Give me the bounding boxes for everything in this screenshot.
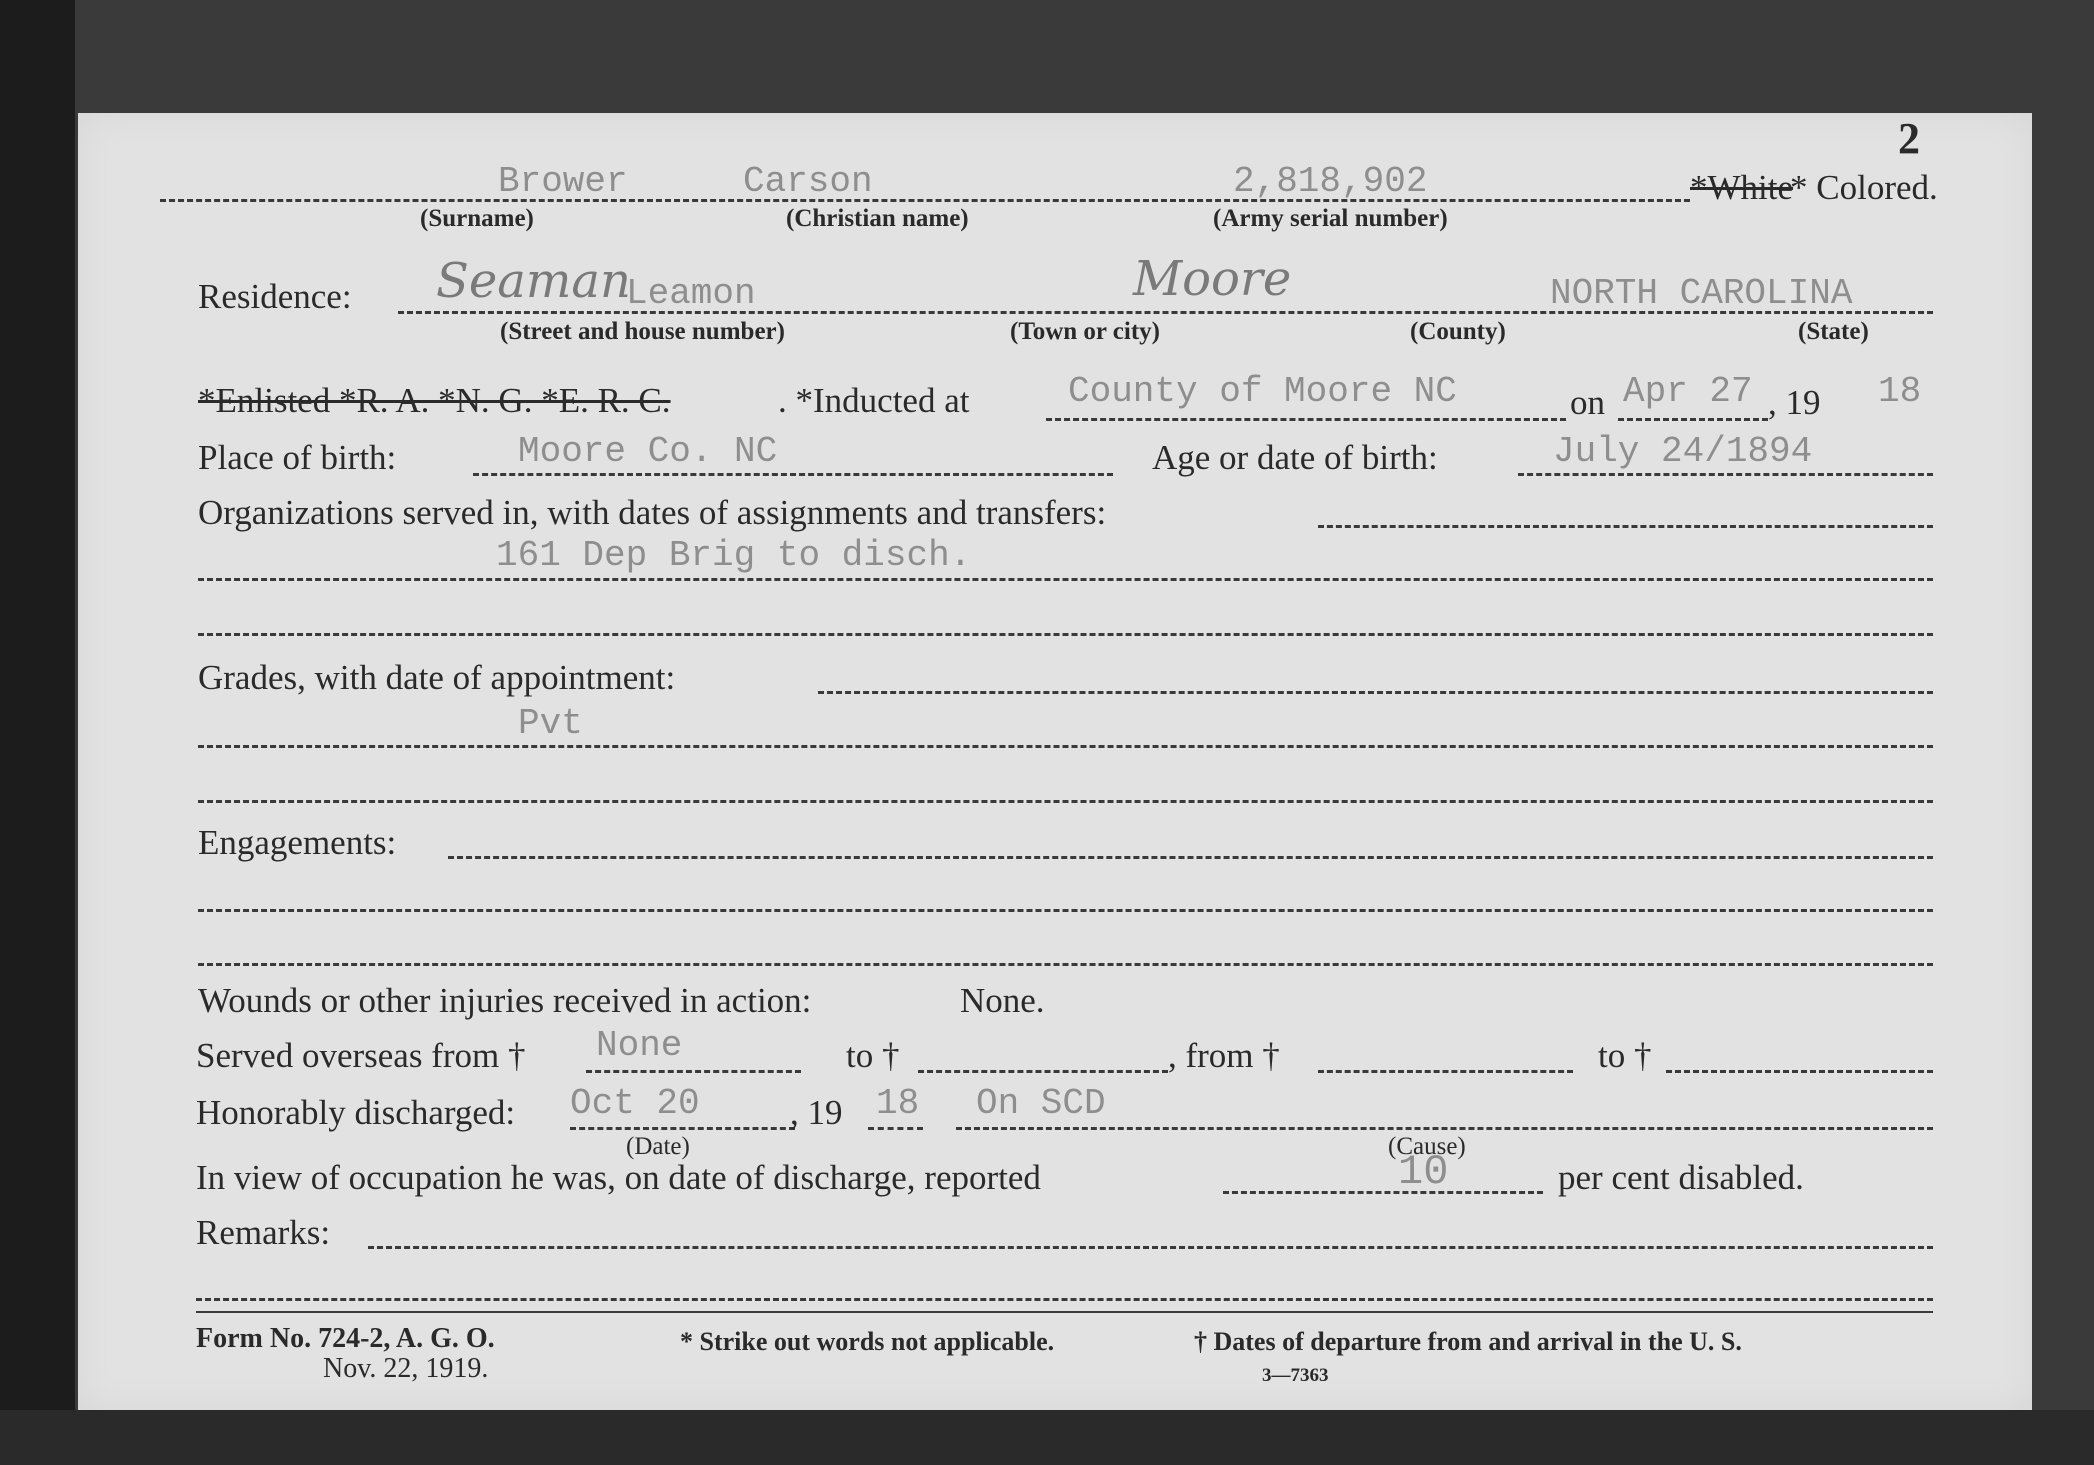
inducted-at-label: . *Inducted at [778, 381, 969, 421]
organization-entry: 161 Dep Brig to disch. [496, 535, 971, 576]
grades-line-1 [818, 691, 1933, 694]
engagements-line-2 [198, 909, 1933, 912]
discharge-date-caption: (Date) [626, 1133, 690, 1161]
discharge-year-prefix: , 19 [790, 1093, 843, 1133]
footer-rule [196, 1311, 1933, 1313]
footnote-dates: † Dates of departure from and arrival in… [1194, 1327, 1742, 1357]
overseas-to2-line [1666, 1070, 1933, 1073]
enlistment-type-options: *Enlisted *R. A. *N. G. *E. R. C. [198, 381, 671, 421]
inducted-on-label: on [1570, 383, 1605, 423]
county-caption: (County) [1410, 318, 1506, 346]
overseas-from2-label: , from † [1168, 1036, 1280, 1076]
wounds-value: None. [960, 981, 1045, 1021]
form-number: Form No. 724-2, A. G. O. [196, 1323, 495, 1355]
page-number: 2 [1898, 113, 1920, 164]
residence-street-handwritten: Seaman [436, 253, 631, 309]
disability-suffix: per cent disabled. [1558, 1158, 1804, 1198]
disability-percent-line [1223, 1191, 1543, 1194]
residence-label: Residence: [198, 277, 352, 317]
discharge-date-value: Oct 20 [570, 1083, 700, 1124]
inducted-year-prefix: , 19 [1768, 383, 1821, 423]
organizations-line-2 [198, 578, 1933, 581]
scan-background-left [0, 0, 75, 1465]
discharge-cause-line [956, 1127, 1933, 1130]
disability-percent-value: 10 [1398, 1148, 1448, 1196]
overseas-to1-label: to † [846, 1036, 899, 1076]
street-caption: (Street and house number) [500, 318, 785, 346]
overseas-from2-line [1318, 1070, 1573, 1073]
inducted-place-value: County of Moore NC [1068, 371, 1457, 412]
inducted-date-value: Apr 27 [1623, 371, 1753, 412]
form-date: Nov. 22, 1919. [323, 1353, 488, 1385]
overseas-from1-line [586, 1070, 801, 1073]
inducted-date-line [1618, 418, 1768, 421]
grades-line-3 [198, 800, 1933, 803]
grade-entry: Pvt [518, 703, 583, 744]
grades-label: Grades, with date of appointment: [198, 658, 675, 698]
name-line [160, 199, 1690, 202]
town-caption: (Town or city) [1010, 318, 1160, 346]
discharge-cause-value: On SCD [976, 1083, 1106, 1124]
organizations-line-1 [1318, 525, 1933, 528]
race-white-option: *White [1690, 168, 1793, 208]
disability-label: In view of occupation he was, on date of… [196, 1158, 1041, 1198]
place-of-birth-line [473, 473, 1113, 476]
inducted-year-value: 18 [1878, 371, 1921, 412]
christian-name-value: Carson [743, 161, 873, 202]
service-record-card: 2 Brower Carson 2,818,902 *White * Color… [78, 113, 2032, 1410]
serial-number-caption: (Army serial number) [1213, 205, 1448, 233]
date-of-birth-value: July 24/1894 [1553, 431, 1812, 472]
print-code: 3—7363 [1262, 1365, 1329, 1387]
date-of-birth-line [1518, 473, 1933, 476]
surname-caption: (Surname) [420, 205, 534, 233]
serial-number-value: 2,818,902 [1233, 161, 1427, 202]
date-of-birth-label: Age or date of birth: [1152, 438, 1438, 478]
place-of-birth-label: Place of birth: [198, 438, 396, 478]
organizations-label: Organizations served in, with dates of a… [198, 493, 1106, 533]
grades-line-2 [198, 745, 1933, 748]
remarks-label: Remarks: [196, 1213, 330, 1253]
remarks-line-2 [196, 1298, 1933, 1301]
state-caption: (State) [1798, 318, 1869, 346]
served-overseas-label: Served overseas from † [196, 1036, 525, 1076]
race-colored-option: * Colored. [1790, 168, 1938, 208]
inducted-place-line [1046, 418, 1566, 421]
surname-value: Brower [498, 161, 628, 202]
place-of-birth-value: Moore Co. NC [518, 431, 777, 472]
overseas-to2-label: to † [1598, 1036, 1651, 1076]
discharge-year-value: 18 [876, 1083, 919, 1124]
discharge-date-line [570, 1127, 795, 1130]
remarks-line-1 [368, 1246, 1933, 1249]
residence-state-value: NORTH CAROLINA [1550, 273, 1852, 314]
christian-name-caption: (Christian name) [786, 205, 969, 233]
footnote-strike-out: * Strike out words not applicable. [680, 1327, 1054, 1357]
organizations-line-3 [198, 633, 1933, 636]
engagements-line-3 [198, 963, 1933, 966]
discharged-label: Honorably discharged: [196, 1093, 515, 1133]
overseas-from1-value: None [596, 1025, 682, 1066]
engagements-line-1 [448, 856, 1933, 859]
overseas-to1-line [918, 1070, 1168, 1073]
wounds-label: Wounds or other injuries received in act… [198, 981, 811, 1021]
engagements-label: Engagements: [198, 823, 396, 863]
discharge-year-line [868, 1127, 923, 1130]
scan-background-bottom [0, 1410, 2094, 1465]
residence-street-typed: Leamon [626, 273, 756, 314]
residence-town-value: Moore [1133, 251, 1291, 307]
